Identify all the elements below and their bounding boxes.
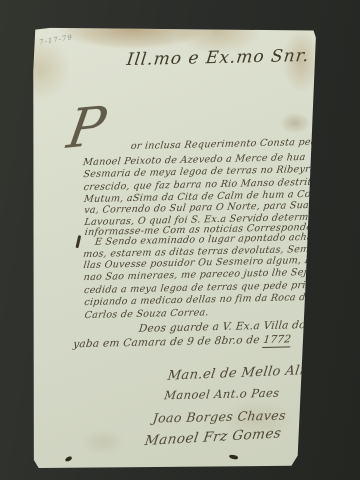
body-line: or inclusa Requerimento Consta pedir a V… [130,136,360,151]
signature: Manoel Frz Gomes [144,425,283,449]
signature: Manoel Ant.o Paes [164,386,281,403]
signature: Joao Borges Chaves [152,408,287,426]
date-line: yaba em Camara de 9 de 8br.o de 1772 [73,334,292,349]
year-underlined: 1772 [262,333,291,348]
date-text: yaba em Camara de 9 de 8br.o de [72,334,264,350]
manuscript-page: 7-17-79 Ill.mo e Ex.mo Snr. P or inclusa… [33,27,317,468]
body-line: Carlos de Souza Correa. [84,308,209,320]
photo-background: 7-17-79 Ill.mo e Ex.mo Snr. P or inclusa… [0,0,360,480]
paragraph-mark [75,235,81,248]
decorated-initial: P [64,99,109,156]
signature: Man.el de Mello Almada [167,362,339,384]
closing-line: Deos guarde a V. Ex.a Villa do Cu- [138,320,329,335]
handwriting-layer: Ill.mo e Ex.mo Snr. P or inclusa Requeri… [28,24,322,471]
salutation: Ill.mo e Ex.mo Snr. [126,46,311,70]
